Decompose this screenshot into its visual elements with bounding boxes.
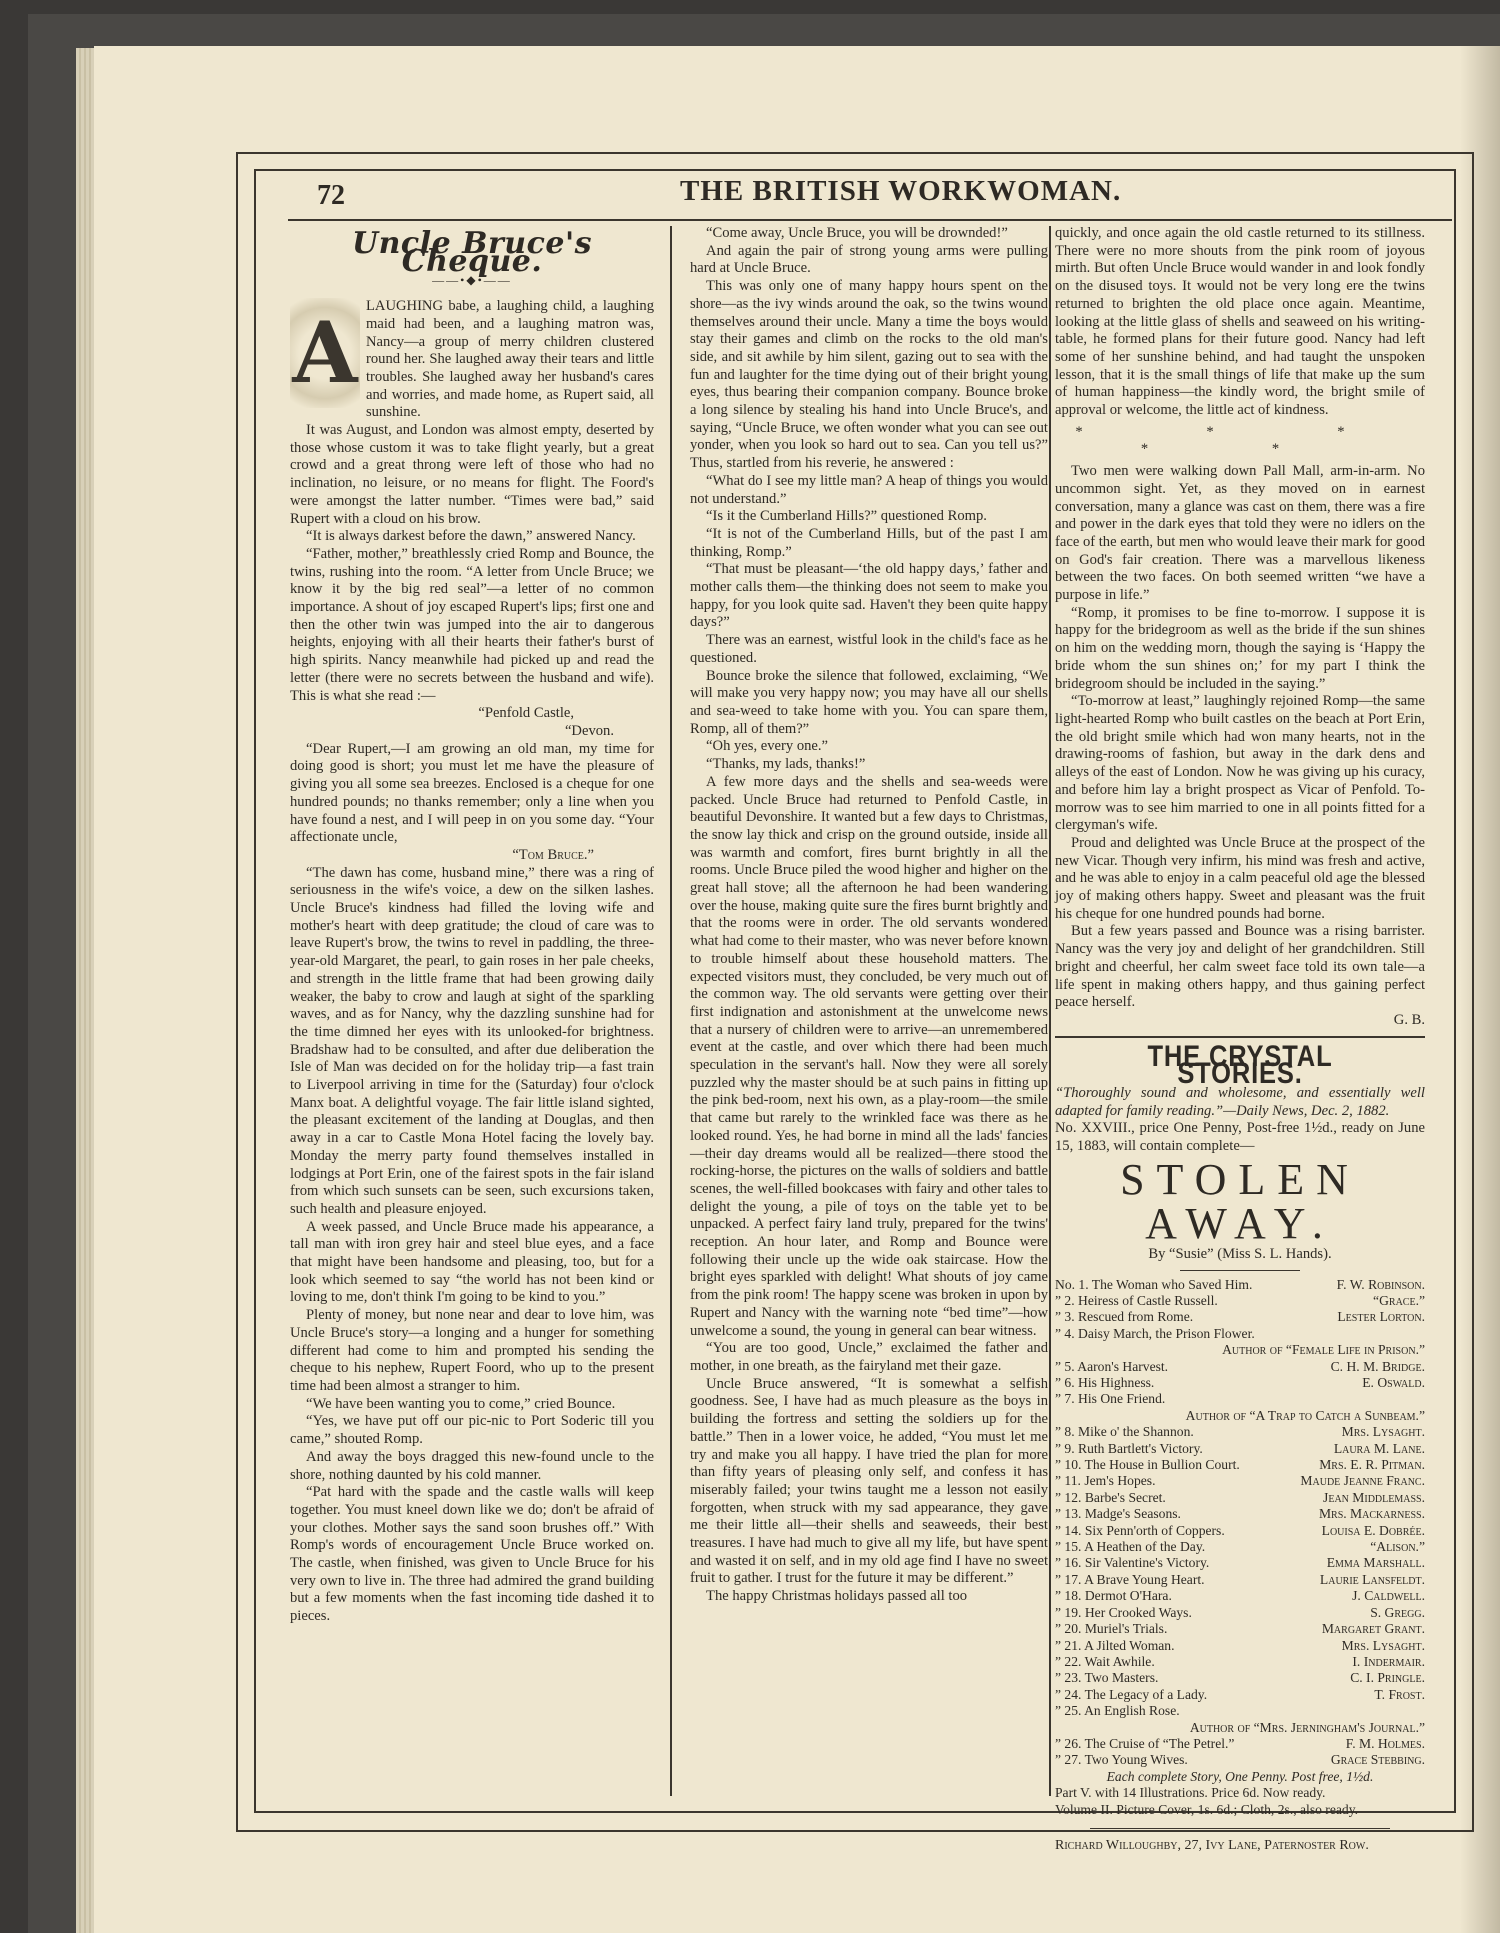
advert-divider	[1055, 1036, 1425, 1038]
list-item: ” 13. Madge's Seasons.Mrs. Mackarness.	[1055, 1506, 1425, 1522]
list-item: ” 18. Dermot O'Hara.J. Caldwell.	[1055, 1588, 1425, 1604]
paragraph: “It is always darkest before the dawn,” …	[290, 528, 654, 546]
paragraph: “That must be pleasant—‘the old happy da…	[690, 561, 1048, 632]
list-item: ” 11. Jem's Hopes.Maude Jeanne Franc.	[1055, 1473, 1425, 1489]
paragraph: “Come away, Uncle Bruce, you will be dro…	[690, 225, 1048, 243]
list-item-author: Grace Stebbing.	[1331, 1752, 1425, 1768]
list-item: ” 16. Sir Valentine's Victory.Emma Marsh…	[1055, 1555, 1425, 1571]
list-item: ” 7. His One Friend.	[1055, 1391, 1425, 1407]
paragraph: This was only one of many happy hours sp…	[690, 278, 1048, 473]
feature-byline: By “Susie” (Miss S. L. Hands).	[1055, 1246, 1425, 1264]
list-item-author: Margaret Grant.	[1322, 1621, 1425, 1637]
list-item-author: Louisa E. Dobrée.	[1322, 1523, 1425, 1539]
letter-signature: “Tom Bruce.”	[290, 847, 654, 865]
title-ornament: ——•◆•——	[290, 272, 654, 290]
paragraph: “Romp, it promises to be fine to-morrow.…	[1055, 605, 1425, 694]
list-item: ” 2. Heiress of Castle Russell.“Grace.”	[1055, 1293, 1425, 1309]
list-item: ” 22. Wait Awhile.I. Indermair.	[1055, 1654, 1425, 1670]
paragraph: LAUGHING babe, a laughing child, a laugh…	[366, 298, 654, 420]
paragraph: A week passed, and Uncle Bruce made his …	[290, 1219, 654, 1308]
part-line: Part V. with 14 Illustrations. Price 6d.…	[1055, 1785, 1425, 1801]
paragraph: “What do I see my little man? A heap of …	[690, 473, 1048, 508]
paragraph: “Yes, we have put off our pic-nic to Por…	[290, 1413, 654, 1448]
list-item: ” 9. Ruth Bartlett's Victory.Laura M. La…	[1055, 1441, 1425, 1457]
paragraph: A few more days and the shells and sea-w…	[690, 774, 1048, 1341]
list-item-title: ” 5. Aaron's Harvest.	[1055, 1359, 1168, 1375]
list-item: ” 15. A Heathen of the Day.“Alison.”	[1055, 1539, 1425, 1555]
paragraph: “It is not of the Cumberland Hills, but …	[690, 526, 1048, 561]
list-item: ” 3. Rescued from Rome.Lester Lorton.	[1055, 1309, 1425, 1325]
list-item-title: ” 26. The Cruise of “The Petrel.”	[1055, 1736, 1234, 1752]
story-column-1: Uncle Bruce's Cheque. ——•◆•—— ALAUGHING …	[290, 225, 654, 1626]
list-item-title: No. 1. The Woman who Saved Him.	[1055, 1277, 1252, 1293]
list-item: ” 27. Two Young Wives.Grace Stebbing.	[1055, 1752, 1425, 1768]
paragraph: “We have been wanting you to come,” crie…	[290, 1396, 654, 1414]
list-item-title: ” 10. The House in Bullion Court.	[1055, 1457, 1240, 1473]
list-item-author: F. W. Robinson.	[1337, 1277, 1425, 1293]
list-item: ” 4. Daisy March, the Prison Flower.	[1055, 1326, 1425, 1342]
list-item-author: “Grace.”	[1373, 1293, 1425, 1309]
list-item-title: ” 17. A Brave Young Heart.	[1055, 1572, 1205, 1588]
paragraph: There was an earnest, wistful look in th…	[690, 632, 1048, 667]
list-item-author: C. H. M. Bridge.	[1331, 1359, 1425, 1375]
paragraph: Two men were walking down Pall Mall, arm…	[1055, 463, 1425, 605]
list-item-title: ” 14. Six Penn'orth of Coppers.	[1055, 1523, 1225, 1539]
list-item: ” 20. Muriel's Trials.Margaret Grant.	[1055, 1621, 1425, 1637]
drop-cap-icon: A	[290, 298, 360, 408]
advert-title: THE CRYSTAL STORIES.	[1083, 1048, 1398, 1083]
advert-issue: No. XXVIII., price One Penny, Post-free …	[1055, 1120, 1425, 1155]
list-item-title: ” 12. Barbe's Secret.	[1055, 1490, 1166, 1506]
column-divider	[670, 226, 672, 1796]
list-item: No. 1. The Woman who Saved Him.F. W. Rob…	[1055, 1277, 1425, 1293]
masthead: THE BRITISH WORKWOMAN.	[680, 175, 1121, 208]
paragraph: But a few years passed and Bounce was a …	[1055, 923, 1425, 1012]
list-item: ” 8. Mike o' the Shannon.Mrs. Lysaght.	[1055, 1424, 1425, 1440]
list-item: ” 24. The Legacy of a Lady.T. Frost.	[1055, 1687, 1425, 1703]
list-item-title: ” 13. Madge's Seasons.	[1055, 1506, 1181, 1522]
column-divider	[1049, 226, 1051, 1796]
list-item-title: ” 15. A Heathen of the Day.	[1055, 1539, 1205, 1555]
list-item-title: ” 8. Mike o' the Shannon.	[1055, 1424, 1194, 1440]
list-item-title: ” 27. Two Young Wives.	[1055, 1752, 1188, 1768]
list-item: ” 14. Six Penn'orth of Coppers.Louisa E.…	[1055, 1523, 1425, 1539]
list-item: ” 23. Two Masters.C. I. Pringle.	[1055, 1670, 1425, 1686]
story-list: No. 1. The Woman who Saved Him.F. W. Rob…	[1055, 1277, 1425, 1769]
letter-address: “Penfold Castle,	[290, 705, 654, 723]
list-item-title: ” 7. His One Friend.	[1055, 1391, 1165, 1407]
list-item-title: ” 24. The Legacy of a Lady.	[1055, 1687, 1207, 1703]
paragraph: And away the boys dragged this new-found…	[290, 1449, 654, 1484]
list-item-author: Mrs. Lysaght.	[1342, 1424, 1425, 1440]
list-item-author: Laurie Lansfeldt.	[1320, 1572, 1425, 1588]
letter-body: “Dear Rupert,—I am growing an old man, m…	[290, 741, 654, 847]
list-item-author: Laura M. Lane.	[1334, 1441, 1425, 1457]
list-item-title: ” 20. Muriel's Trials.	[1055, 1621, 1167, 1637]
list-item-author: S. Gregg.	[1370, 1605, 1425, 1621]
list-item-author: Mrs. E. R. Pitman.	[1319, 1457, 1425, 1473]
paragraph: Plenty of money, but none near and dear …	[290, 1307, 654, 1396]
list-item-author: “Alison.”	[1370, 1539, 1425, 1555]
advert-quote: “Thoroughly sound and wholesome, and ess…	[1055, 1085, 1425, 1120]
list-item-title: ” 9. Ruth Bartlett's Victory.	[1055, 1441, 1203, 1457]
list-item-title: ” 25. An English Rose.	[1055, 1703, 1180, 1719]
list-item-title: ” 23. Two Masters.	[1055, 1670, 1158, 1686]
list-item-author: Emma Marshall.	[1327, 1555, 1425, 1571]
paragraph: Proud and delighted was Uncle Bruce at t…	[1055, 835, 1425, 924]
story-signature: G. B.	[1055, 1012, 1425, 1030]
paragraph: It was August, and London was almost emp…	[290, 422, 654, 528]
list-item-author: J. Caldwell.	[1352, 1588, 1425, 1604]
paragraph: “Thanks, my lads, thanks!”	[690, 756, 1048, 774]
publisher-line: Richard Willoughby, 27, Ivy Lane, Patern…	[1055, 1837, 1425, 1855]
list-author-note: Author of “Mrs. Jerningham's Journal.”	[1055, 1720, 1425, 1736]
list-item-author: Jean Middlemass.	[1323, 1490, 1425, 1506]
list-item-title: ” 16. Sir Valentine's Victory.	[1055, 1555, 1209, 1571]
paragraph: Uncle Bruce answered, “It is somewhat a …	[690, 1376, 1048, 1588]
story-column-3: quickly, and once again the old castle r…	[1055, 225, 1425, 1855]
list-item-title: ” 22. Wait Awhile.	[1055, 1654, 1155, 1670]
list-item-title: ” 19. Her Crooked Ways.	[1055, 1605, 1192, 1621]
list-item: ” 21. A Jilted Woman.Mrs. Lysaght.	[1055, 1638, 1425, 1654]
paragraph: Bounce broke the silence that followed, …	[690, 668, 1048, 739]
list-item-author: Maude Jeanne Franc.	[1300, 1473, 1425, 1489]
list-item-author: F. M. Holmes.	[1346, 1736, 1425, 1752]
letter-address: “Devon.	[290, 723, 654, 741]
paragraph: The happy Christmas holidays passed all …	[690, 1588, 1048, 1606]
list-author-note: Author of “A Trap to Catch a Sunbeam.”	[1055, 1408, 1425, 1424]
list-author-note: Author of “Female Life in Prison.”	[1055, 1342, 1425, 1358]
list-item-title: ” 3. Rescued from Rome.	[1055, 1309, 1193, 1325]
paragraph: quickly, and once again the old castle r…	[1055, 225, 1425, 420]
list-item: ” 17. A Brave Young Heart.Laurie Lansfel…	[1055, 1572, 1425, 1588]
section-break: * * * * *	[1055, 424, 1425, 459]
paragraph: “Oh yes, every one.”	[690, 738, 1048, 756]
page-number: 72	[317, 180, 345, 212]
advert-rule	[1090, 1828, 1390, 1829]
price-line: Each complete Story, One Penny. Post fre…	[1055, 1769, 1425, 1785]
feature-title: STOLEN AWAY.	[1055, 1158, 1425, 1246]
paragraph: “You are too good, Uncle,” exclaimed the…	[690, 1340, 1048, 1375]
list-item-author: Mrs. Lysaght.	[1342, 1638, 1425, 1654]
list-item-author: Mrs. Mackarness.	[1319, 1506, 1425, 1522]
list-item-author: Lester Lorton.	[1337, 1309, 1425, 1325]
list-item-title: ” 2. Heiress of Castle Russell.	[1055, 1293, 1218, 1309]
paragraph: “Is it the Cumberland Hills?” questioned…	[690, 508, 1048, 526]
paragraph: “Pat hard with the spade and the castle …	[290, 1484, 654, 1626]
list-item: ” 6. His Highness.E. Oswald.	[1055, 1375, 1425, 1391]
list-item: ” 25. An English Rose.	[1055, 1703, 1425, 1719]
list-item: ” 26. The Cruise of “The Petrel.”F. M. H…	[1055, 1736, 1425, 1752]
list-item-author: I. Indermair.	[1352, 1654, 1425, 1670]
paragraph: “To-morrow at least,” laughingly rejoine…	[1055, 693, 1425, 835]
volume-line: Volume II. Picture Cover, 1s. 6d.; Cloth…	[1055, 1802, 1425, 1818]
list-item-author: E. Oswald.	[1362, 1375, 1425, 1391]
list-item: ” 5. Aaron's Harvest.C. H. M. Bridge.	[1055, 1359, 1425, 1375]
story-title: Uncle Bruce's Cheque.	[290, 235, 654, 270]
list-item: ” 19. Her Crooked Ways.S. Gregg.	[1055, 1605, 1425, 1621]
list-item-author: C. I. Pringle.	[1350, 1670, 1425, 1686]
paragraph: “Father, mother,” breathlessly cried Rom…	[290, 546, 654, 705]
list-item: ” 10. The House in Bullion Court.Mrs. E.…	[1055, 1457, 1425, 1473]
advert-block: THE CRYSTAL STORIES. “Thoroughly sound a…	[1055, 1048, 1425, 1855]
paragraph: And again the pair of strong young arms …	[690, 243, 1048, 278]
paragraph: “The dawn has come, husband mine,” there…	[290, 865, 654, 1219]
list-item-title: ” 6. His Highness.	[1055, 1375, 1154, 1391]
list-item-title: ” 18. Dermot O'Hara.	[1055, 1588, 1172, 1604]
list-item-title: ” 21. A Jilted Woman.	[1055, 1638, 1175, 1654]
list-item-title: ” 4. Daisy March, the Prison Flower.	[1055, 1326, 1255, 1342]
advert-rule	[1180, 1270, 1300, 1271]
list-item-author: T. Frost.	[1374, 1687, 1425, 1703]
list-item-title: ” 11. Jem's Hopes.	[1055, 1473, 1156, 1489]
header-rule	[288, 219, 1452, 221]
story-column-2: “Come away, Uncle Bruce, you will be dro…	[690, 225, 1048, 1606]
list-item: ” 12. Barbe's Secret.Jean Middlemass.	[1055, 1490, 1425, 1506]
